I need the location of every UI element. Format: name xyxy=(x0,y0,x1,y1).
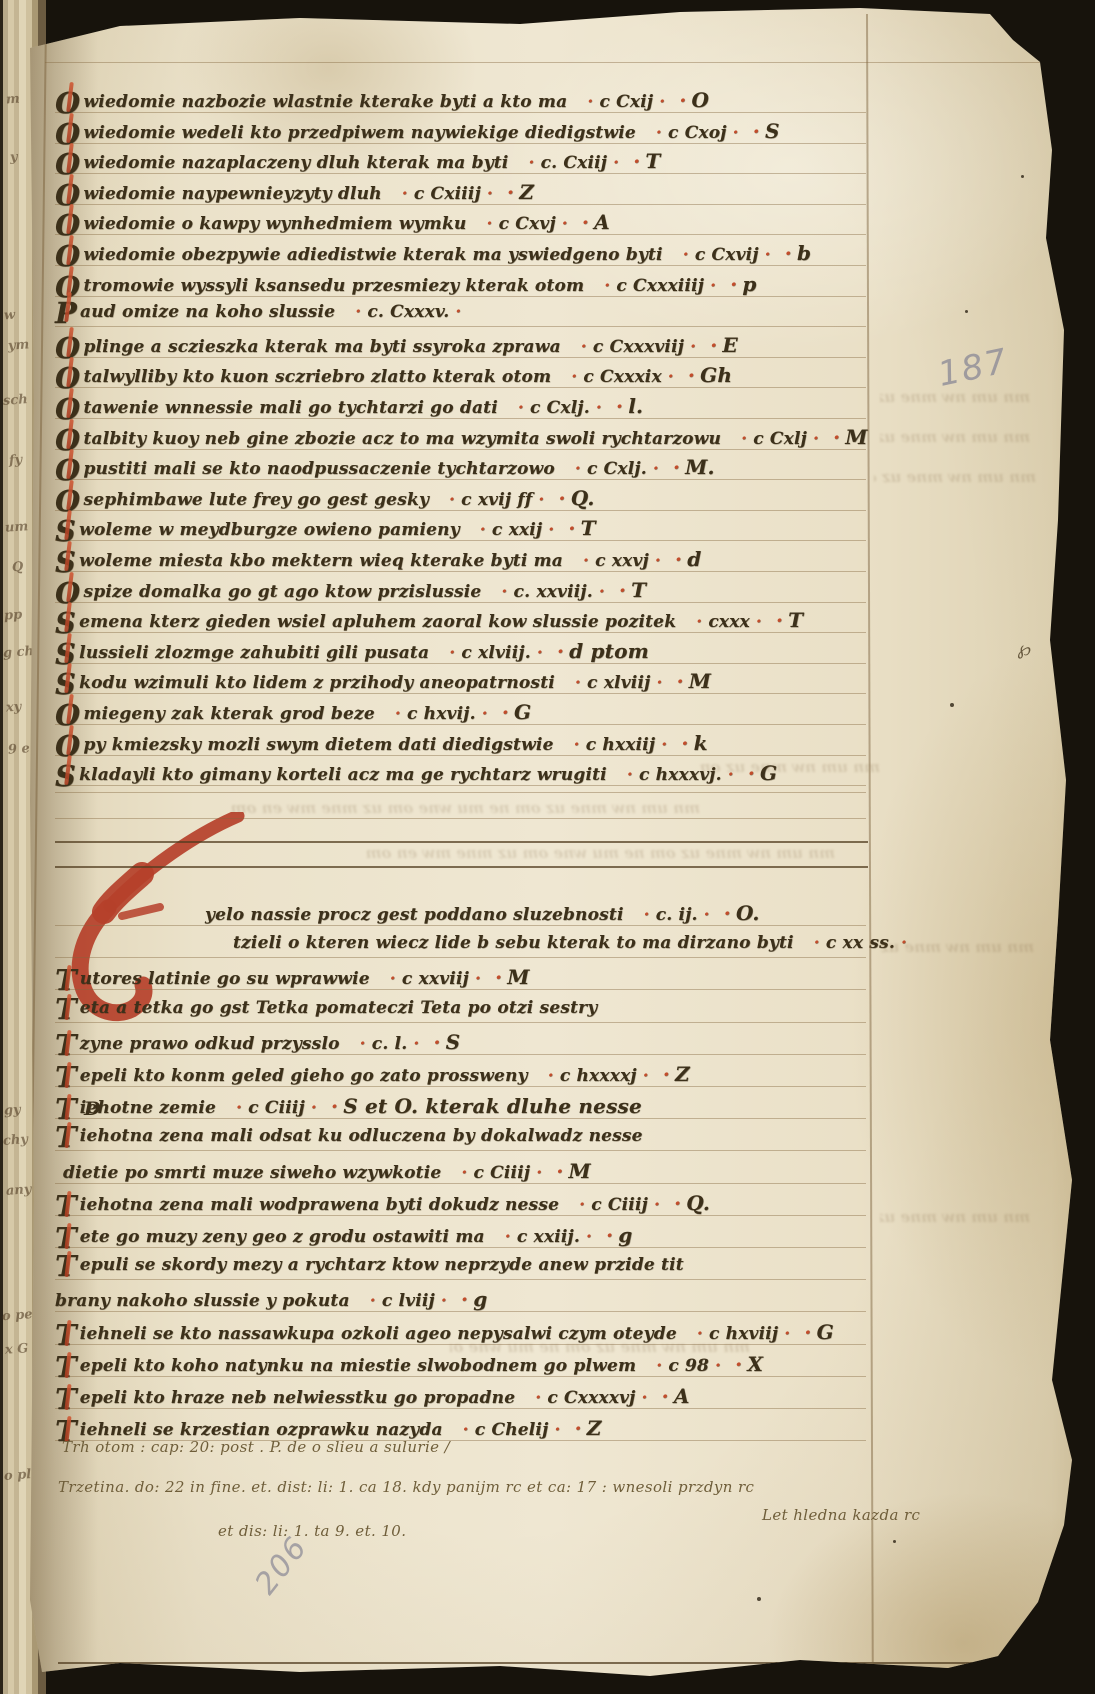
entry-text: emena kterz gieden wsiel apluhem zaoral … xyxy=(79,612,676,632)
chapter-reference: c xlviij. xyxy=(443,643,549,663)
ruling-line xyxy=(55,1150,866,1151)
entry-initial: T xyxy=(55,1104,77,1114)
pencil-bottom-number: 206 xyxy=(248,1530,315,1601)
entry-initial: P xyxy=(55,308,77,318)
entry-text: aud omize na koho slussie xyxy=(80,302,335,322)
ink-speck xyxy=(950,703,954,707)
bleed-through-ghost: mn um nw mne uz om ne mu wne om uz mne m… xyxy=(700,758,880,776)
ruling-line xyxy=(55,1247,866,1248)
section-letter: S xyxy=(433,1030,460,1054)
section-letter: T xyxy=(633,149,660,173)
entry-text: dietie po smrti muze siweho wzywkotie xyxy=(63,1163,441,1183)
entry-text: wiedomie obezpywie adiedistwie kterak ma… xyxy=(83,245,662,265)
section-letter: Q. xyxy=(559,486,595,510)
chapter-reference: c Ciiij xyxy=(230,1098,323,1118)
chapter-reference: c xxviij xyxy=(384,969,487,989)
edge-text-fragment: fy xyxy=(8,453,22,469)
chapter-reference: c Cxlj xyxy=(735,429,825,449)
edge-text-fragment: any xyxy=(6,1182,32,1199)
entry-text: talwylliby kto kuon sczriebro zlatto kte… xyxy=(83,367,551,387)
entry-text: iehotne zemie xyxy=(80,1098,216,1118)
annotation-line: Trzetina. do: 22 in fine. et. dist: li: … xyxy=(58,1478,754,1496)
ruling-line xyxy=(55,957,866,958)
chapter-reference: c Cxxxiiij xyxy=(598,276,722,296)
ink-speck xyxy=(893,1540,896,1543)
annotation-line: Let hledna kazda rc xyxy=(762,1506,920,1524)
index-line: Oplinge a sczieszka kterak ma byti ssyro… xyxy=(55,333,738,357)
chapter-reference: c xxij xyxy=(474,520,561,540)
ink-speck xyxy=(1021,175,1024,178)
entry-initial: T xyxy=(55,1233,77,1243)
entry-initial: O xyxy=(55,129,80,139)
chapter-reference: c. Cxxxv. xyxy=(349,302,467,322)
entry-text: tromowie wyssyli ksansedu przesmiezy kte… xyxy=(83,276,584,296)
t-section-line: Tepeli kto hraze neb nelwiesstku go prop… xyxy=(55,1384,690,1408)
t-section-line: Tiehotne zemiec CiiijS et O. kterak dluh… xyxy=(55,1094,642,1118)
entry-initial: S xyxy=(55,557,76,567)
edge-text-fragment: chy xyxy=(3,1132,29,1149)
entry-initial: T xyxy=(55,1040,77,1050)
ruling-line xyxy=(55,1279,866,1280)
entry-initial: O xyxy=(55,435,80,445)
chapter-reference: c. xxviij. xyxy=(495,582,611,602)
edge-text-fragment: y xyxy=(9,150,18,165)
chapter-reference: c Cxoj xyxy=(650,123,745,143)
chapter-reference: c Ciiij xyxy=(573,1195,666,1215)
section-letter: S xyxy=(753,119,780,143)
section-letter: G xyxy=(804,1320,833,1344)
entry-initial: O xyxy=(55,373,80,383)
chapter-reference: c xlviij xyxy=(569,673,669,693)
section-letter: T xyxy=(776,608,803,632)
ruling-line xyxy=(55,571,866,572)
index-line: Otalwylliby kto kuon sczriebro zlatto kt… xyxy=(55,363,732,387)
ink-speck xyxy=(965,310,968,313)
t-section-line: Tzyne prawo odkud przyssloc. l.S xyxy=(55,1030,460,1054)
chapter-reference: c xxiij. xyxy=(499,1227,598,1247)
index-line: Owiedomie wedeli kto przedpiwem naywieki… xyxy=(55,119,780,143)
section-letter: O xyxy=(679,88,709,112)
entry-text: tzieli o kteren wiecz lide b sebu kterak… xyxy=(233,933,794,953)
chapter-reference: c hxxiij xyxy=(568,735,674,755)
entry-initial: S xyxy=(55,618,76,628)
ruling-line xyxy=(55,173,866,174)
entry-text: epeli kto hraze neb nelwiesstku go propa… xyxy=(80,1388,515,1408)
chapter-reference: c Cxiiij xyxy=(396,184,499,204)
section-letter: O. xyxy=(724,901,760,925)
chapter-reference: c Cxxxviij xyxy=(575,337,702,357)
entry-initial: S xyxy=(55,771,76,781)
entry-initial: O xyxy=(55,710,80,720)
chapter-reference: c hxxxxj xyxy=(542,1066,655,1086)
index-line: Owiedomie nazaplaczeny dluh kterak ma by… xyxy=(55,149,661,173)
ruling-line xyxy=(55,866,868,868)
edge-text-fragment: o pl xyxy=(4,1467,32,1484)
ruling-line xyxy=(55,925,866,926)
entry-initial: O xyxy=(55,496,80,506)
chapter-reference: c Cxlj. xyxy=(569,459,665,479)
t-section-line: Tepeli kto konm geled gieho go zato pros… xyxy=(55,1062,690,1086)
ruling-line xyxy=(55,841,868,843)
bleed-through-ghost: mn um nw mne uz om ne mu wne om uz mne m… xyxy=(874,938,1034,956)
entry-text: utores latinie go su wprawwie xyxy=(80,969,370,989)
section-letter: Gh xyxy=(688,363,732,387)
entry-initial: O xyxy=(55,343,80,353)
index-line: Otromowie wyssyli ksansedu przesmiezy kt… xyxy=(55,272,757,296)
index-line: Skladayli kto gimany korteli acz ma ge r… xyxy=(55,761,777,785)
t-section-line: dietie po smrti muze siweho wzywkotiec C… xyxy=(55,1159,591,1183)
entry-initial: T xyxy=(55,1261,77,1271)
bleed-through-ghost: mn um nw mne uz om ne mu wne om uz mne m… xyxy=(880,428,1030,446)
entry-initial: T xyxy=(55,1426,77,1436)
ruling-line xyxy=(45,62,1040,63)
index-line: Paud omize na koho slussiec. Cxxxv. xyxy=(55,302,467,322)
entry-text: yelo nassie procz gest poddano sluzebnos… xyxy=(205,905,624,925)
entry-initial: T xyxy=(55,1330,77,1340)
entry-initial: O xyxy=(55,588,80,598)
bleed-through-ghost: mn um nw mne uz om ne mu wne om uz mne m… xyxy=(450,1338,750,1356)
ruling-line xyxy=(55,112,866,113)
section-letter: M xyxy=(556,1159,591,1183)
t-section-line: Tete go muzy zeny geo z grodu ostawiti m… xyxy=(55,1223,632,1247)
section-letter: g xyxy=(606,1223,632,1247)
bleed-through-ghost: mn um nw mne uz om ne mu wne om uz mne m… xyxy=(880,388,1030,406)
section-letter: G xyxy=(502,700,531,724)
entry-initial: T xyxy=(55,1072,77,1082)
t-section-line: Tiehneli se krzestian ozprawku nazydac C… xyxy=(55,1416,602,1440)
pencil-folio-number: 187 xyxy=(935,341,1013,395)
edge-text-fragment: 9 e xyxy=(8,741,31,757)
entry-text: zyne prawo odkud przysslo xyxy=(80,1034,340,1054)
chapter-reference: c Cxxxxvj xyxy=(529,1388,653,1408)
t-section-line: Tiehotna zena mali odsat ku odluczena by… xyxy=(55,1126,643,1146)
entry-initial: O xyxy=(55,404,80,414)
entry-initial: T xyxy=(55,975,77,985)
t-section-line: Tiehotna zena mali wodprawena byti dokud… xyxy=(55,1191,710,1215)
t-section-line: Teta a tetka go gst Tetka pomateczi Teta… xyxy=(55,998,597,1018)
entry-initial: S xyxy=(55,526,76,536)
entry-initial: O xyxy=(55,159,80,169)
edge-text-fragment: xy xyxy=(5,699,21,715)
edge-text-fragment: o pel xyxy=(2,1307,38,1324)
t-section-line: tzieli o kteren wiecz lide b sebu kterak… xyxy=(55,933,913,953)
ruling-line xyxy=(55,693,866,694)
entry-text: wiedomie wedeli kto przedpiwem naywiekig… xyxy=(83,123,635,143)
section-letter: g xyxy=(461,1287,487,1311)
section-letter: Z xyxy=(663,1062,690,1086)
section-letter: d xyxy=(675,547,701,571)
annotation-line: Trh otom : cap: 20: post . P. de o slieu… xyxy=(62,1438,450,1456)
entry-text: wiedomie nazaplaczeny dluh kterak ma byt… xyxy=(83,153,508,173)
ruling-line xyxy=(55,265,866,266)
t-section-line: yelo nassie procz gest poddano sluzebnos… xyxy=(55,901,760,925)
ruling-line xyxy=(55,387,866,388)
index-line: Osephimbawe lute frey go gest geskyc xvi… xyxy=(55,486,595,510)
entry-text: pustiti mali se kto naodpussaczenie tych… xyxy=(83,459,554,479)
section-letter: Z xyxy=(507,180,534,204)
chapter-reference: c Cxvj xyxy=(481,214,574,234)
entry-initial: T xyxy=(55,1201,77,1211)
edge-text-fragment: m xyxy=(5,92,20,108)
index-line: Otalbity kuoy neb gine zbozie acz to ma … xyxy=(55,425,868,449)
index-line: Skodu wzimuli kto lidem z przihody aneop… xyxy=(55,669,711,693)
chapter-reference: c xxvj xyxy=(577,551,667,571)
edge-text-fragment: um xyxy=(5,519,29,536)
chapter-reference: c Chelij xyxy=(457,1420,567,1440)
section-letter: p xyxy=(730,272,756,296)
entry-initial: O xyxy=(55,190,80,200)
chapter-reference: c Cxij xyxy=(581,92,671,112)
edge-text-fragment: gy xyxy=(3,1102,21,1118)
entry-initial: T xyxy=(55,1394,77,1404)
ruling-line xyxy=(55,1086,866,1087)
index-line: Owiedomie o kawpy wynhedmiem wymkuc Cxvj… xyxy=(55,210,610,234)
chapter-reference: c xvij ff xyxy=(443,490,551,510)
t-section-line: brany nakoho slussie y pokutac lviijg xyxy=(55,1287,487,1311)
edge-text-fragment: pp xyxy=(3,607,22,623)
entry-text: wiedomie o kawpy wynhedmiem wymku xyxy=(83,214,466,234)
ink-speck xyxy=(757,1597,761,1601)
entry-text: spize domalka go gt ago ktow przislussie xyxy=(83,582,481,602)
entry-initial: S xyxy=(55,649,76,659)
ruling-line xyxy=(58,1662,1005,1664)
chapter-reference: c lviij xyxy=(364,1291,453,1311)
chapter-reference: c Cxlj. xyxy=(512,398,608,418)
section-letter: M xyxy=(833,425,868,449)
entry-text: kladayli kto gimany korteli acz ma ge ry… xyxy=(79,765,607,785)
chapter-reference: c 98 xyxy=(650,1356,727,1376)
entry-text: talbity kuoy neb gine zbozie acz to ma w… xyxy=(83,429,721,449)
chapter-reference: c. l. xyxy=(354,1034,426,1054)
t-section-line: Tutores latinie go su wprawwiec xxviijM xyxy=(55,965,530,989)
index-line: Owiedomie naypewnieyzyty dluhc CxiiijZ xyxy=(55,180,534,204)
entry-text: brany nakoho slussie y pokuta xyxy=(55,1291,350,1311)
entry-text: iehotna zena mali odsat ku odluczena by … xyxy=(80,1126,643,1146)
ruling-line xyxy=(55,632,866,633)
entry-text: woleme w meydburgze owieno pamieny xyxy=(79,520,460,540)
index-line: Opustiti mali se kto naodpussaczenie tyc… xyxy=(55,455,715,479)
bleed-through-ghost: mn um nw mne uz om ne mu wne om uz mne m… xyxy=(880,1208,1030,1226)
section-letter: A xyxy=(582,210,610,234)
ruling-line xyxy=(55,818,866,819)
index-line: Owiedomie obezpywie adiedistwie kterak m… xyxy=(55,241,811,265)
entry-initial: T xyxy=(55,1132,77,1142)
index-line: Ospize domalka go gt ago ktow przislussi… xyxy=(55,578,646,602)
right-margin-nota-mark: ℘ xyxy=(1017,637,1033,661)
ruling-line xyxy=(55,989,866,990)
chapter-reference: c Ciiij xyxy=(455,1163,548,1183)
ruling-line xyxy=(55,1022,866,1023)
edge-text-fragment: w xyxy=(3,308,15,324)
entry-text: eta a tetka go gst Tetka pomateczi Teta … xyxy=(80,998,598,1018)
section-letter: A xyxy=(662,1384,690,1408)
chapter-reference: cxxx xyxy=(690,612,768,632)
frame-line xyxy=(866,14,873,1662)
ruling-line xyxy=(55,326,866,327)
section-letter: M. xyxy=(673,455,715,479)
edge-text-fragment: g ch xyxy=(3,644,35,661)
edge-text-fragment: ym xyxy=(8,337,30,353)
ruling-line xyxy=(55,724,866,725)
bleed-through-ghost: mn um nw mne uz om ne mu wne om uz mne m… xyxy=(95,844,835,862)
index-line: Swoleme miesta kbo mektern wieq kterake … xyxy=(55,547,701,571)
ruling-line xyxy=(55,785,866,786)
section-letter: T xyxy=(619,578,646,602)
chapter-reference: c hxvij. xyxy=(389,704,494,724)
chapter-reference: c. Cxiij xyxy=(522,153,625,173)
entry-text: miegeny zak kterak grod beze xyxy=(83,704,374,724)
entry-initial: T xyxy=(55,1362,77,1372)
bleed-through-ghost: mn um nw mne uz om ne mu wne om uz mne m… xyxy=(200,799,700,817)
entry-initial: O xyxy=(55,741,80,751)
section-letter: Q. xyxy=(674,1191,710,1215)
entry-text: sephimbawe lute frey go gest gesky xyxy=(83,490,429,510)
entry-text: epeli kto konm geled gieho go zato pross… xyxy=(80,1066,528,1086)
chapter-reference: c. ij. xyxy=(638,905,716,925)
entry-text: iehotna zena mali wodprawena byti dokudz… xyxy=(80,1195,559,1215)
chapter-reference: c Cxxxix xyxy=(565,367,680,387)
section-letter: E xyxy=(710,333,738,357)
ruling-line xyxy=(55,1118,866,1119)
entry-initial: O xyxy=(55,98,80,108)
ruling-line xyxy=(55,1311,866,1312)
entry-initial: O xyxy=(55,282,80,292)
ruling-line xyxy=(55,792,866,793)
section-letter: Z xyxy=(575,1416,602,1440)
index-line: Owiedomie nazbozie wlastnie kterake byti… xyxy=(55,88,709,112)
ruling-line xyxy=(55,479,866,480)
index-line: Semena kterz gieden wsiel apluhem zaoral… xyxy=(55,608,803,632)
entry-initial: O xyxy=(55,465,80,475)
edge-text-fragment: Q xyxy=(11,560,23,576)
edge-text-fragment: sch xyxy=(3,392,29,409)
annotation-line: et dis: li: 1. ta 9. et. 10. xyxy=(218,1522,406,1540)
section-letter: l. xyxy=(616,394,643,418)
section-letter: M xyxy=(495,965,530,989)
manuscript-photo: mywymschfyumQppg chxy9 egychyanyo pelx G… xyxy=(0,0,1095,1694)
page: 187 206 od D ℘ Owiedomie nazbozie wlastn… xyxy=(0,0,1095,1694)
ruling-line xyxy=(55,540,866,541)
entry-text: tawenie wnnessie mali go tychtarzi go da… xyxy=(83,398,497,418)
entry-text: wiedomie naypewnieyzyty dluh xyxy=(83,184,381,204)
entry-initial: T xyxy=(55,1004,77,1014)
ruling-line xyxy=(55,234,866,235)
section-letter: k xyxy=(681,731,707,755)
entry-text: epeli kto koho natynku na miestie slwobo… xyxy=(80,1356,636,1376)
edge-text-fragment: x G xyxy=(5,1341,29,1358)
section-letter: b xyxy=(785,241,811,265)
entry-initial: O xyxy=(55,251,80,261)
index-line: Opy kmiezsky mozli swym dietem dati died… xyxy=(55,731,708,755)
section-letter: T xyxy=(568,516,595,540)
index-line: Otawenie wnnessie mali go tychtarzi go d… xyxy=(55,394,643,418)
index-line: Swoleme w meydburgze owieno pamienyc xxi… xyxy=(55,516,596,540)
entry-text: woleme miesta kbo mektern wieq kterake b… xyxy=(79,551,563,571)
section-letter: S et O. kterak dluhe nesse xyxy=(331,1094,642,1118)
ruling-line xyxy=(55,1408,866,1409)
entry-text: epuli se skordy mezy a rychtarz ktow nep… xyxy=(80,1255,684,1275)
bleed-through-ghost: mn um nw mne uz om ne mu wne om uz mne m… xyxy=(874,468,1036,486)
entry-text: py kmiezsky mozli swym dietem dati diedi… xyxy=(83,735,553,755)
entry-text: ete go muzy zeny geo z grodu ostawiti ma xyxy=(80,1227,485,1247)
chapter-reference: c Cxvij xyxy=(677,245,777,265)
index-line: Slussieli zlozmge zahubiti gili pusatac … xyxy=(55,639,649,663)
index-line: Omiegeny zak kterak grod bezec hxvij.G xyxy=(55,700,531,724)
entry-initial: S xyxy=(55,679,76,689)
ruling-line xyxy=(55,418,866,419)
entry-text: kodu wzimuli kto lidem z przihody aneopa… xyxy=(79,673,555,693)
entry-initial: O xyxy=(55,220,80,230)
entry-text: plinge a sczieszka kterak ma byti ssyrok… xyxy=(83,337,560,357)
entry-text: wiedomie nazbozie wlastnie kterake byti … xyxy=(83,92,567,112)
entry-text: lussieli zlozmge zahubiti gili pusata xyxy=(79,643,429,663)
section-letter: M xyxy=(677,669,712,693)
t-section-line: Tepuli se skordy mezy a rychtarz ktow ne… xyxy=(55,1255,684,1275)
section-letter: d ptom xyxy=(557,639,649,663)
